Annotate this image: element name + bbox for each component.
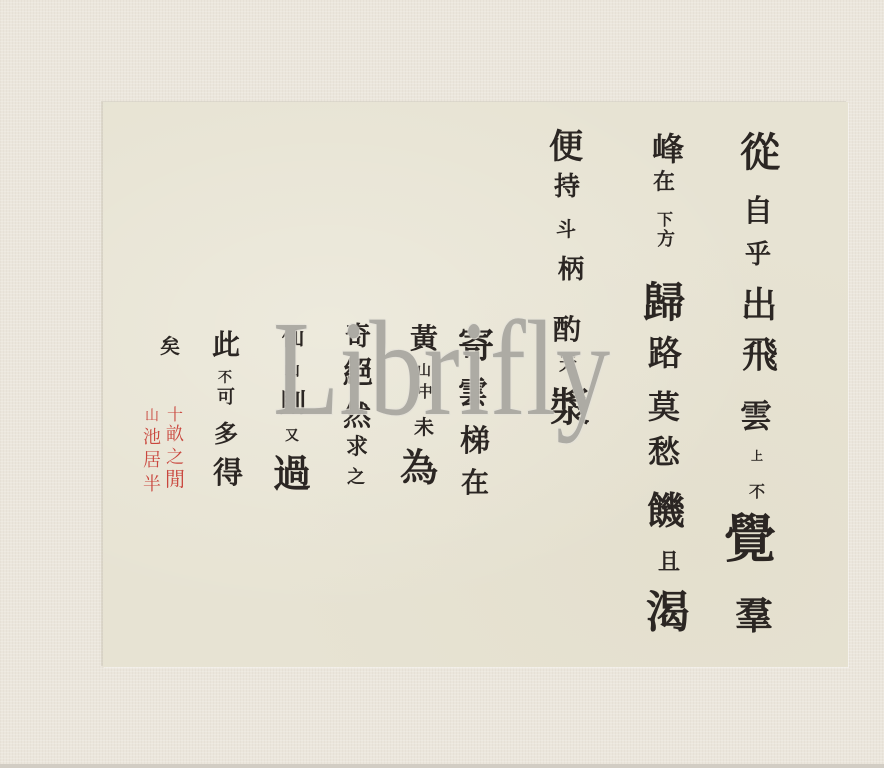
- seal-char: 半: [143, 476, 161, 494]
- calligraphy-char: 斗: [556, 219, 576, 239]
- calligraphy-char: 愁: [648, 436, 680, 468]
- calligraphy-char: 多: [214, 422, 238, 446]
- seal-char: 十: [167, 407, 183, 423]
- calligraphy-char: 覺: [724, 514, 776, 566]
- calligraphy-char: 得: [213, 459, 243, 489]
- calligraphy-char: 雲: [740, 400, 772, 432]
- calligraphy-char: 莫: [648, 391, 680, 423]
- calligraphy-char: 下: [657, 212, 673, 228]
- calligraphy-char: 飛: [742, 337, 778, 373]
- calligraphy-char: 且: [658, 551, 680, 573]
- seal-char: 山: [145, 409, 159, 423]
- calligraphy-char: 羣: [735, 597, 773, 635]
- calligraphy-char: 上: [751, 450, 763, 462]
- calligraphy-char: 不: [218, 371, 232, 385]
- calligraphy-char: 路: [648, 337, 682, 371]
- calligraphy-char: 此: [212, 331, 240, 359]
- calligraphy-char: 持: [554, 174, 580, 200]
- calligraphy-char: 矣: [160, 336, 180, 356]
- calligraphy-char: 方: [657, 231, 675, 249]
- calligraphy-char: 自: [743, 197, 773, 227]
- calligraphy-char: 渴: [646, 591, 690, 635]
- calligraphy-char: 可: [217, 389, 235, 407]
- calligraphy-char: 歸: [643, 282, 685, 324]
- calligraphy-char: 不: [749, 484, 765, 500]
- calligraphy-char: 過: [273, 455, 311, 493]
- calligraphy-char: 柄: [558, 257, 584, 283]
- calligraphy-char: 在: [461, 469, 489, 497]
- calligraphy-char: 峰: [652, 133, 684, 165]
- calligraphy-char: 饑: [647, 492, 685, 530]
- seal-char: 之: [166, 449, 184, 467]
- calligraphy-char: 便: [549, 130, 583, 164]
- calligraphy-char: 乎: [745, 242, 771, 268]
- calligraphy-char: 出: [741, 287, 777, 323]
- calligraphy-char: 之: [347, 469, 365, 487]
- watermark-text: Librifly: [273, 301, 610, 437]
- seal-char: 閒: [165, 469, 185, 489]
- calligraphy-char: 為: [400, 449, 438, 487]
- calligraphy-char: 從: [740, 133, 780, 173]
- seal-char: 畝: [166, 426, 184, 444]
- calligraphy-char: 在: [653, 171, 675, 193]
- seal-char: 池: [143, 429, 161, 447]
- seal-char: 居: [143, 452, 161, 470]
